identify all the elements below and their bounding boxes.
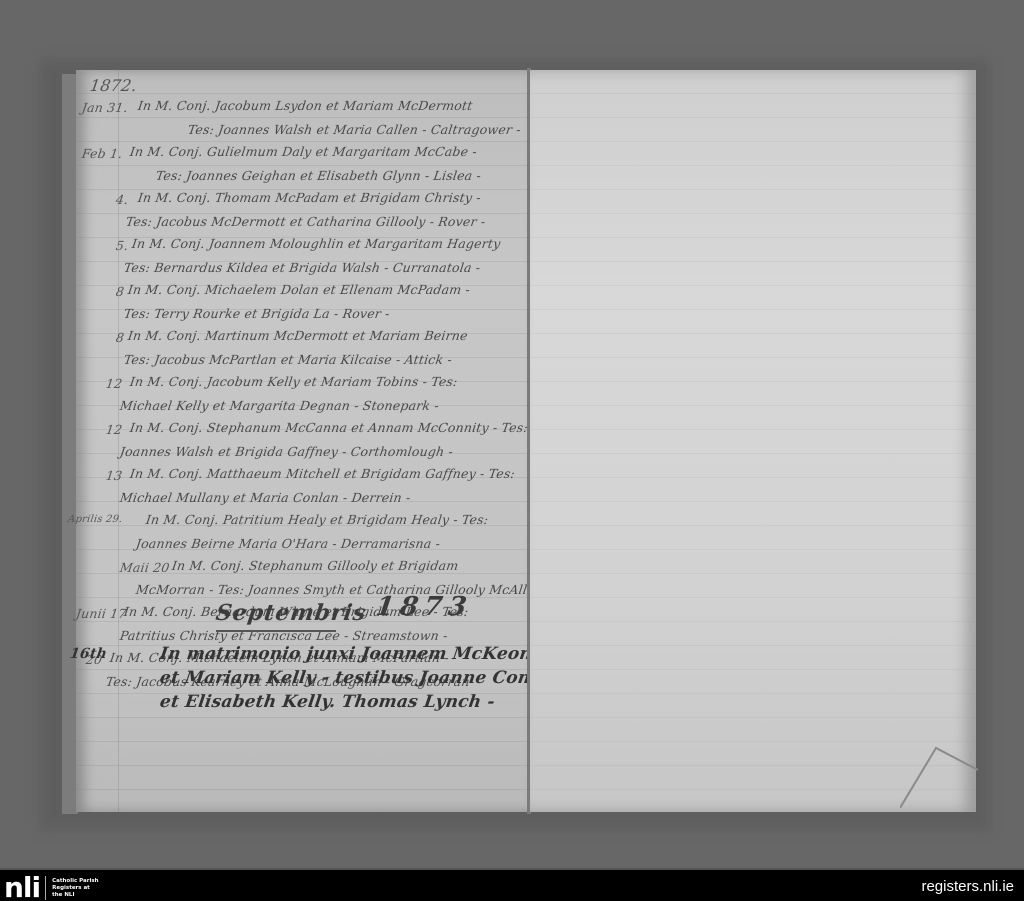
entry-date: 5. xyxy=(115,238,129,253)
entry-line: et Mariam Kelly - testibus Joanne Conlan xyxy=(159,668,563,688)
entry-line: In M. Conj. Patritium Healy et Brigidam … xyxy=(145,512,489,527)
entry-line: Tes: Jacobus McPartlan et Maria Kilcaise… xyxy=(123,352,453,367)
entry-line: In M. Conj. Jacobum Kelly et Mariam Tobi… xyxy=(129,374,459,389)
footer-bar: nli Catholic Parish Registers at the NLI… xyxy=(0,868,1024,901)
year-heading: 1872. xyxy=(89,76,138,95)
entry-date: Jan 31. xyxy=(81,100,129,115)
entry-line: In M. Conj. Gulielmum Daly et Margaritam… xyxy=(129,144,478,159)
entry-date: 12 xyxy=(105,376,123,391)
entry-date: 8 xyxy=(115,284,125,299)
entry-date: 12 xyxy=(105,422,123,437)
entry-line: In M. Conj. Stephanum Gillooly et Brigid… xyxy=(171,558,460,573)
nli-logo-mark: nli xyxy=(4,876,40,900)
entry-line: In M. Conj. Jacobum Lsydon et Mariam McD… xyxy=(137,98,474,113)
site-link[interactable]: registers.nli.ie xyxy=(921,878,1014,895)
nli-logo[interactable]: nli Catholic Parish Registers at the NLI xyxy=(4,876,99,900)
folded-paper-corner xyxy=(900,744,980,808)
entry-line: In M. Conj. Michaelem Dolan et Ellenam M… xyxy=(127,282,471,297)
entry-line: McMorran - Tes: Joannes Smyth et Cathari… xyxy=(135,582,544,597)
entry-date: Aprilis 29. xyxy=(67,514,123,525)
entry-line: In M. Conj. Matthaeum Mitchell et Brigid… xyxy=(129,466,516,481)
september-year: 1873 xyxy=(374,592,475,622)
entry-line: Tes: Joannes Geighan et Elisabeth Glynn … xyxy=(155,168,482,183)
entry-line: In M. Conj. Stephanum McCanna et Annam M… xyxy=(129,420,529,435)
entry-line: Michael Mullany et Maria Conlan - Derrei… xyxy=(119,490,412,505)
logo-text-line: the NLI xyxy=(52,892,74,898)
entry-date: 8 xyxy=(115,330,125,345)
entry-line: Joannes Walsh et Brigida Gaffney - Corth… xyxy=(119,444,454,459)
logo-divider xyxy=(45,876,46,900)
entry-line: Michael Kelly et Margarita Degnan - Ston… xyxy=(119,398,440,413)
entry-line: Tes: Joannes Walsh et Maria Callen - Cal… xyxy=(187,122,522,137)
entry-line: Tes: Bernardus Kildea et Brigida Walsh -… xyxy=(123,260,481,275)
register-entries: 1872. Jan 31. In M. Conj. Jacobum Lsydon… xyxy=(76,70,528,812)
right-page xyxy=(530,70,976,812)
entry-date: 13 xyxy=(105,468,123,483)
entry-line: Tes: Jacobus McDermott et Catharina Gill… xyxy=(125,214,487,229)
entry-line: Tes: Terry Rourke et Brigida La - Rover … xyxy=(123,306,391,321)
entry-date: Feb 1. xyxy=(81,146,124,161)
entry-line: In M. Conj. Martinum McDermott et Mariam… xyxy=(127,328,469,343)
logo-text: Catholic Parish Registers at the NLI xyxy=(52,878,98,899)
left-page: 1872. Jan 31. In M. Conj. Jacobum Lsydon… xyxy=(76,70,528,812)
logo-text-line: Registers at xyxy=(52,885,90,891)
september-heading: Septembris xyxy=(214,600,368,626)
entry-line: Joannes Beirne Maria O'Hara - Derramaris… xyxy=(135,536,441,551)
entry-date: Maii 20 xyxy=(119,560,171,575)
entry-line: In matrimonio junxi Joannem McKeon xyxy=(159,644,534,664)
logo-text-line: Catholic Parish xyxy=(52,878,98,884)
entry-date: Junii 17 xyxy=(75,606,128,621)
entry-line: In M. Conj. Thomam McPadam et Brigidam C… xyxy=(137,190,482,205)
image-viewer[interactable]: 1872. Jan 31. In M. Conj. Jacobum Lsydon… xyxy=(0,0,1024,868)
ruled-lines xyxy=(530,70,976,812)
entry-line: In M. Conj. Joannem Moloughlin et Margar… xyxy=(131,236,502,251)
entry-line: et Elisabeth Kelly. Thomas Lynch - xyxy=(159,692,497,712)
heading-underline xyxy=(216,630,336,632)
entry-date: 4. xyxy=(115,192,129,207)
entry-date: 16th xyxy=(69,646,108,662)
